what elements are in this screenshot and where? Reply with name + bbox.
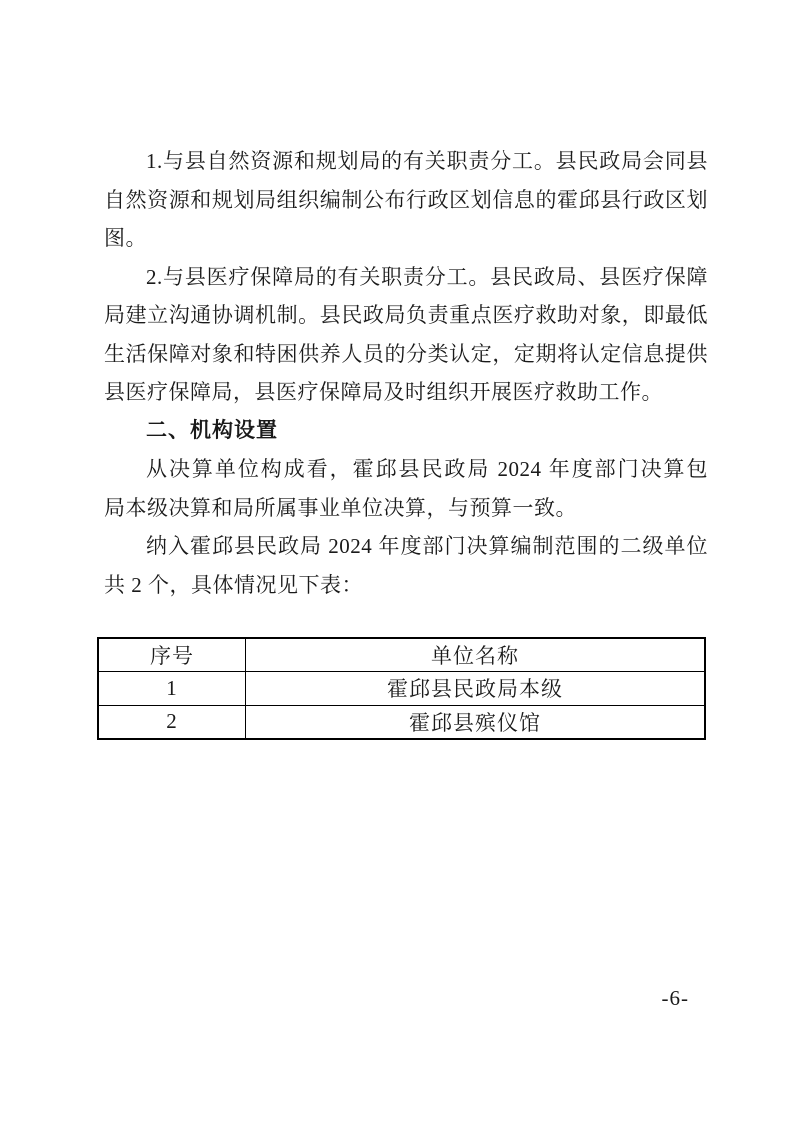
body-line: 县医疗保障局，县医疗保障局及时组织开展医疗救助工作。 <box>104 373 708 412</box>
table-cell-seq: 1 <box>98 671 246 705</box>
section-heading: 二、机构设置 <box>104 412 708 451</box>
table-cell-name: 霍邱县民政局本级 <box>246 671 706 705</box>
body-line: 图。 <box>104 219 708 258</box>
body-line: 局本级决算和局所属事业单位决算，与预算一致。 <box>104 489 708 528</box>
body-line: 2.与县医疗保障局的有关职责分工。县民政局、县医疗保障 <box>104 258 708 297</box>
body-line: 1.与县自然资源和规划局的有关职责分工。县民政局会同县 <box>104 142 708 181</box>
unit-list-table: 序号 单位名称 1 霍邱县民政局本级 2 霍邱县殡仪馆 <box>97 637 706 740</box>
body-line: 从决算单位构成看，霍邱县民政局 2024 年度部门决算包括： <box>104 450 708 489</box>
body-line: 生活保障对象和特困供养人员的分类认定，定期将认定信息提供 <box>104 335 708 374</box>
table-header-row: 序号 单位名称 <box>98 638 705 671</box>
table-header-seq: 序号 <box>98 638 246 671</box>
body-line: 局建立沟通协调机制。县民政局负责重点医疗救助对象，即最低 <box>104 296 708 335</box>
document-body: 1.与县自然资源和规划局的有关职责分工。县民政局会同县 自然资源和规划局组织编制… <box>104 142 708 604</box>
body-line: 共 2 个，具体情况见下表： <box>104 566 708 605</box>
table-row: 2 霍邱县殡仪馆 <box>98 705 705 739</box>
body-line: 自然资源和规划局组织编制公布行政区划信息的霍邱县行政区划 <box>104 181 708 220</box>
table-cell-name: 霍邱县殡仪馆 <box>246 705 706 739</box>
table-header-name: 单位名称 <box>246 638 706 671</box>
document-page: 1.与县自然资源和规划局的有关职责分工。县民政局会同县 自然资源和规划局组织编制… <box>0 0 793 1122</box>
table-row: 1 霍邱县民政局本级 <box>98 671 705 705</box>
body-line: 纳入霍邱县民政局 2024 年度部门决算编制范围的二级单位 <box>104 527 708 566</box>
table-cell-seq: 2 <box>98 705 246 739</box>
page-number: -6- <box>662 986 690 1011</box>
